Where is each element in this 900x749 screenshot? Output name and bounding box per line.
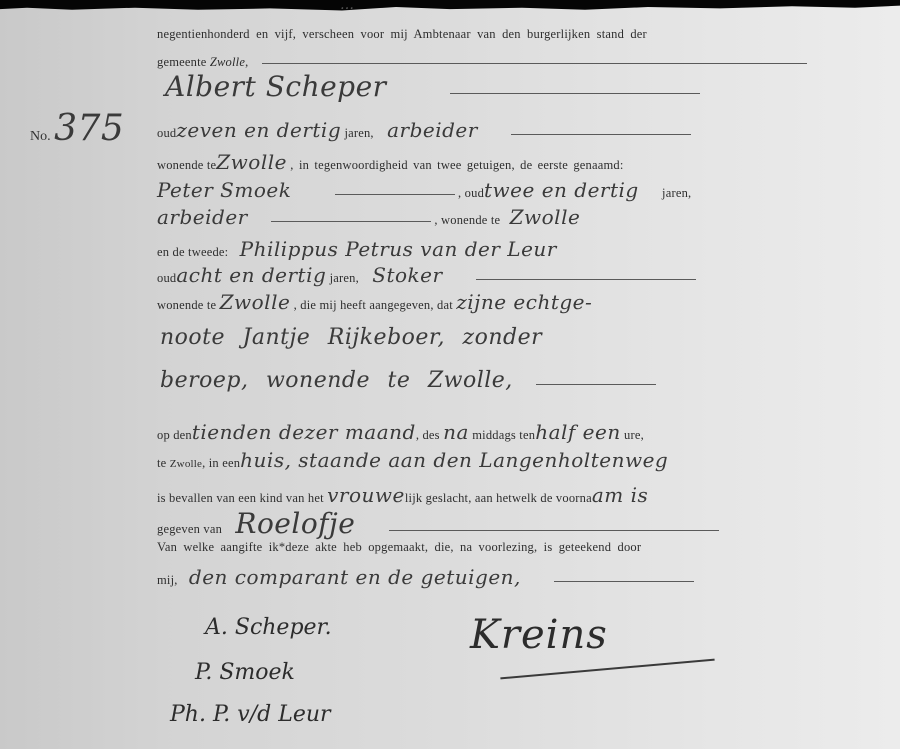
line-closing: Van welke aangifte ik*deze akte heb opge… xyxy=(157,540,641,555)
witness2-name: Philippus Petrus van der Leur xyxy=(240,237,557,261)
birth-time: half een xyxy=(535,420,621,444)
printed-text: ure, xyxy=(624,428,644,442)
printed-text: , des xyxy=(416,428,440,442)
signature-witness2: Ph. P. v/d Leur xyxy=(170,702,331,727)
printed-text: , wonende te xyxy=(434,213,500,227)
line-birth-place: te Zwolle, in eenhuis, staande aan den L… xyxy=(157,448,668,472)
birth-location: huis, staande aan den Langenholtenweg xyxy=(240,448,668,472)
printed-text: wonende te xyxy=(157,298,216,312)
line-declarant: Albert Scheper xyxy=(165,70,700,103)
handwritten-text: am is xyxy=(592,483,648,507)
witness2-age: acht en dertig xyxy=(176,263,326,287)
line-signed-by: mij, den comparant en de getuigen, xyxy=(157,565,694,589)
printed-text: mij, xyxy=(157,573,178,587)
birth-municipality: Zwolle xyxy=(170,458,202,470)
child-name: Roelofje xyxy=(235,507,355,540)
witness2-occupation: Stoker xyxy=(372,263,442,287)
mother-residence: beroep, wonende te Zwolle, xyxy=(160,368,513,393)
printed-text: op den xyxy=(157,428,192,442)
fill-rule xyxy=(476,279,696,280)
declarant-name: Albert Scheper xyxy=(165,70,387,103)
printed-text: negentienhonderd en vijf, verscheen voor… xyxy=(157,27,647,41)
line-witness1: Peter Smoek , oudtwee en dertig jaren, xyxy=(157,178,691,202)
printed-text: wonende te xyxy=(157,158,216,172)
printed-text: lijk geslacht, aan hetwelk de voorna xyxy=(405,491,592,505)
birth-date: tienden dezer maand xyxy=(192,420,416,444)
fill-rule xyxy=(389,530,719,531)
line-mother-name: noote Jantje Rijkeboer, zonder xyxy=(160,325,542,350)
printed-text: oud xyxy=(157,271,176,285)
printed-text: oud xyxy=(157,126,176,140)
printed-text: , xyxy=(245,55,248,69)
printed-text: gegeven van xyxy=(157,522,222,536)
printed-text: , in een xyxy=(202,456,240,470)
line-child-sex: is bevallen van een kind van het vrouwel… xyxy=(157,483,648,507)
witness2-residence: Zwolle xyxy=(220,290,291,314)
fill-rule xyxy=(262,63,807,64)
line-witness1-details: arbeider , wonende te Zwolle xyxy=(157,205,580,229)
line-intro: negentienhonderd en vijf, verscheen voor… xyxy=(157,27,647,42)
fill-rule xyxy=(536,384,656,385)
declarant-occupation: arbeider xyxy=(387,118,478,142)
printed-text: is bevallen van een kind van het xyxy=(157,491,324,505)
municipality-name: Zwolle xyxy=(210,55,245,69)
signature-witness1: P. Smoek xyxy=(195,660,295,685)
top-handwriting-fragment: … xyxy=(340,0,790,14)
birth-period: na xyxy=(443,420,469,444)
mother-intro: zijne echtge- xyxy=(456,290,592,314)
printed-text: jaren, xyxy=(330,271,359,285)
registrar-underline xyxy=(500,659,714,680)
fill-rule xyxy=(271,221,431,222)
signatories-text: den comparant en de getuigen, xyxy=(189,565,521,589)
fill-rule xyxy=(450,93,700,94)
printed-text: , oud xyxy=(458,186,484,200)
line-witness2-age: oudacht en dertig jaren, Stoker xyxy=(157,263,696,287)
declarant-age: zeven en dertig xyxy=(176,118,341,142)
line-witness2-residence: wonende te Zwolle , die mij heeft aangeg… xyxy=(157,290,592,314)
signature-registrar: Kreins xyxy=(470,612,608,658)
act-number-label: No. xyxy=(30,129,51,144)
printed-text: jaren, xyxy=(344,126,373,140)
printed-text: gemeente xyxy=(157,55,207,69)
witness1-age: twee en dertig xyxy=(484,178,639,202)
printed-text: Van welke aangifte ik*deze akte heb opge… xyxy=(157,540,641,554)
witness1-name: Peter Smoek xyxy=(157,178,291,202)
line-mother-residence: beroep, wonende te Zwolle, xyxy=(160,368,656,393)
witness1-occupation: arbeider xyxy=(157,205,248,229)
line-birth-date: op dentienden dezer maand, des na middag… xyxy=(157,420,644,444)
printed-text: middags ten xyxy=(472,428,535,442)
act-number: No. 375 xyxy=(30,108,124,149)
fill-rule xyxy=(335,194,455,195)
printed-text: jaren, xyxy=(662,186,691,200)
fill-rule xyxy=(554,581,694,582)
printed-text: , in tegenwoordigheid van twee getuigen,… xyxy=(290,158,623,172)
printed-text: , die mij heeft aangegeven, dat xyxy=(294,298,453,312)
line-witness2: en de tweede: Philippus Petrus van der L… xyxy=(157,237,557,261)
printed-text: en de tweede: xyxy=(157,245,228,259)
printed-text: te xyxy=(157,456,166,470)
signature-declarant: A. Scheper. xyxy=(205,615,332,640)
fill-rule xyxy=(511,134,691,135)
witness1-residence: Zwolle xyxy=(510,205,581,229)
mother-name: noote Jantje Rijkeboer, zonder xyxy=(160,325,542,350)
act-number-value: 375 xyxy=(54,108,124,149)
line-declarant-age: oudzeven en dertig jaren, arbeider xyxy=(157,118,691,142)
line-child-name: gegeven van Roelofje xyxy=(157,507,719,540)
line-declarant-residence: wonende teZwolle , in tegenwoordigheid v… xyxy=(157,150,624,174)
child-sex: vrouwe xyxy=(327,483,405,507)
line-municipality: gemeente Zwolle, xyxy=(157,55,807,70)
declarant-residence: Zwolle xyxy=(216,150,287,174)
